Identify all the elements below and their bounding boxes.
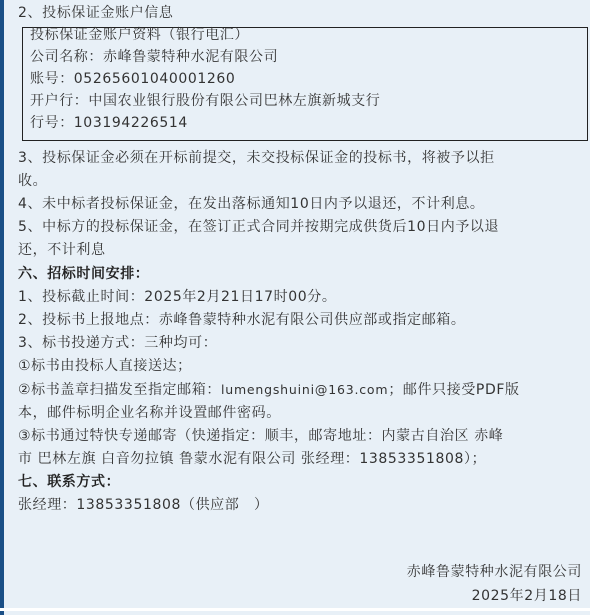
- account-box-title: 投标保证金账户资料（银行电汇）: [30, 24, 249, 46]
- signature-company: 赤峰鲁蒙特种水泥有限公司: [407, 561, 582, 583]
- delivery-method-3-line2: 市 巴林左旗 白音勿拉镇 鲁蒙水泥有限公司 张经理：13853351808）；: [18, 448, 486, 470]
- schedule-deadline: 1、投标截止时间：2025年2月21日17时00分。: [18, 286, 337, 308]
- submission-email-link[interactable]: lumengshuini@163.com: [221, 382, 388, 397]
- deposit-rule-5-line2: 还，不计利息: [18, 239, 106, 261]
- deposit-rule-5-line1: 5、中标方的投标保证金，在签订正式合同并按期完成供货后10日内予以退: [18, 216, 499, 238]
- schedule-delivery-methods: 3、标书投递方式：三种均可：: [18, 332, 217, 354]
- account-bank: 开户行：中国农业银行股份有限公司巴林左旗新城支行: [30, 90, 380, 112]
- delivery-method-2-line2: 本，邮件标明企业名称并设置邮件密码。: [18, 402, 281, 424]
- account-bank-code: 行号：103194226514: [30, 112, 188, 134]
- deposit-rule-3-line2: 收。: [18, 170, 47, 192]
- delivery-method-2-prefix: ②标书盖章扫描发至指定邮箱：: [18, 382, 221, 398]
- delivery-method-2-suffix: ；邮件只接受PDF版: [388, 382, 519, 398]
- account-company-name: 公司名称：赤峰鲁蒙特种水泥有限公司: [30, 46, 278, 68]
- contact-manager: 张经理：13853351808（供应部 ）: [18, 494, 269, 516]
- schedule-heading: 六、招标时间安排：: [18, 263, 149, 285]
- deposit-account-heading: 2、投标保证金账户信息: [18, 2, 174, 24]
- delivery-method-2-line1: ②标书盖章扫描发至指定邮箱：lumengshuini@163.com；邮件只接受…: [18, 379, 520, 401]
- tender-notice-block: 2、投标保证金账户信息 投标保证金账户资料（银行电汇） 公司名称：赤峰鲁蒙特种水…: [0, 0, 590, 608]
- account-number: 账号：05265601040001260: [30, 68, 235, 90]
- schedule-submission-location: 2、投标书上报地点：赤峰鲁蒙特种水泥有限公司供应部或指定邮箱。: [18, 309, 466, 331]
- deposit-rule-4: 4、未中标者投标保证金，在发出落标通知10日内予以退还，不计利息。: [18, 193, 485, 215]
- delivery-method-3-line1: ③标书通过特快专递邮寄（快递指定：顺丰，邮寄地址：内蒙古自治区 赤峰: [18, 425, 503, 447]
- deposit-rule-3-line1: 3、投标保证金必须在开标前提交，未交投标保证金的投标书，将被予以拒: [18, 147, 495, 169]
- delivery-method-1: ①标书由投标人直接送达；: [18, 355, 192, 377]
- account-info-box: 投标保证金账户资料（银行电汇） 公司名称：赤峰鲁蒙特种水泥有限公司 账号：052…: [22, 27, 588, 141]
- signature-date: 2025年2月18日: [472, 585, 582, 607]
- contact-heading: 七、联系方式：: [18, 471, 120, 493]
